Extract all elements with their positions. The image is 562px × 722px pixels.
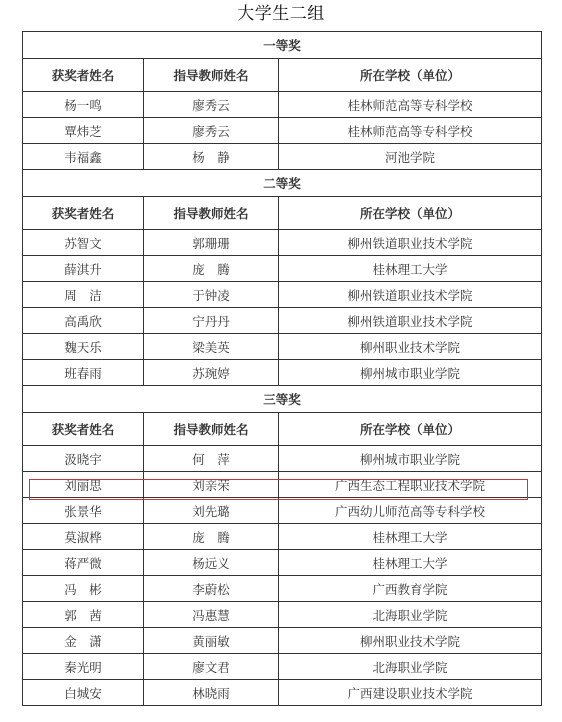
column-header-school: 所在学校（单位） xyxy=(279,197,542,230)
column-header-row: 获奖者姓名 指导教师姓名 所在学校（单位） xyxy=(23,197,542,230)
column-header-advisor: 指导教师姓名 xyxy=(144,413,279,446)
winner-name: 郭 茜 xyxy=(23,602,144,628)
advisor-name: 冯惠慧 xyxy=(144,602,279,628)
table-row: 苏智文 郭珊珊 柳州铁道职业技术学院 xyxy=(23,230,542,256)
winner-name: 高禹欣 xyxy=(23,308,144,334)
advisor-name: 黄丽敏 xyxy=(144,628,279,654)
advisor-name: 林晓雨 xyxy=(144,680,279,706)
column-header-advisor: 指导教师姓名 xyxy=(144,197,279,230)
winner-name: 蒋严微 xyxy=(23,550,144,576)
school-name: 广西幼儿师范高等专科学校 xyxy=(279,498,542,524)
school-name: 广西生态工程职业技术学院 xyxy=(279,472,542,498)
table-row: 覃炜芝 廖秀云 桂林师范高等专科学校 xyxy=(23,118,542,144)
advisor-name: 梁美英 xyxy=(144,334,279,360)
column-header-school: 所在学校（单位） xyxy=(279,59,542,92)
table-row: 汲晓宇 何 萍 柳州城市职业学院 xyxy=(23,446,542,472)
section-header-row: 一等奖 xyxy=(23,32,542,59)
school-name: 桂林理工大学 xyxy=(279,256,542,282)
table-row: 魏天乐 梁美英 柳州职业技术学院 xyxy=(23,334,542,360)
school-name: 桂林师范高等专科学校 xyxy=(279,118,542,144)
table-row: 杨一鸣 廖秀云 桂林师范高等专科学校 xyxy=(23,92,542,118)
winner-name: 薛淇升 xyxy=(23,256,144,282)
table-row: 韦福鑫 杨 静 河池学院 xyxy=(23,144,542,170)
winner-name: 韦福鑫 xyxy=(23,144,144,170)
table-row: 蒋严微 杨远义 桂林理工大学 xyxy=(23,550,542,576)
advisor-name: 杨远义 xyxy=(144,550,279,576)
table-row-highlighted: 刘丽思 刘亲荣 广西生态工程职业技术学院 xyxy=(23,472,542,498)
page-title: 大学生二组 xyxy=(0,2,562,26)
winner-name: 苏智文 xyxy=(23,230,144,256)
column-header-winner: 获奖者姓名 xyxy=(23,197,144,230)
advisor-name: 于钟凌 xyxy=(144,282,279,308)
column-header-advisor: 指导教师姓名 xyxy=(144,59,279,92)
winner-name: 班春雨 xyxy=(23,360,144,386)
winner-name: 秦光明 xyxy=(23,654,144,680)
table-row: 冯 彬 李蔚松 广西教育学院 xyxy=(23,576,542,602)
school-name: 北海职业学院 xyxy=(279,602,542,628)
winner-name: 覃炜芝 xyxy=(23,118,144,144)
table-row: 高禹欣 宁丹丹 柳州铁道职业技术学院 xyxy=(23,308,542,334)
advisor-name: 郭珊珊 xyxy=(144,230,279,256)
advisor-name: 杨 静 xyxy=(144,144,279,170)
winner-name: 汲晓宇 xyxy=(23,446,144,472)
section-header-row: 二等奖 xyxy=(23,170,542,197)
column-header-row: 获奖者姓名 指导教师姓名 所在学校（单位） xyxy=(23,413,542,446)
winner-name: 周 洁 xyxy=(23,282,144,308)
school-name: 柳州职业技术学院 xyxy=(279,628,542,654)
table-row: 莫淑桦 庞 腾 桂林理工大学 xyxy=(23,524,542,550)
section-title-third-prize: 三等奖 xyxy=(23,386,542,413)
advisor-name: 庞 腾 xyxy=(144,256,279,282)
table-row: 周 洁 于钟凌 柳州铁道职业技术学院 xyxy=(23,282,542,308)
column-header-winner: 获奖者姓名 xyxy=(23,59,144,92)
column-header-row: 获奖者姓名 指导教师姓名 所在学校（单位） xyxy=(23,59,542,92)
school-name: 柳州铁道职业技术学院 xyxy=(279,308,542,334)
school-name: 桂林理工大学 xyxy=(279,524,542,550)
section-title-second-prize: 二等奖 xyxy=(23,170,542,197)
advisor-name: 廖秀云 xyxy=(144,92,279,118)
school-name: 柳州城市职业学院 xyxy=(279,360,542,386)
winner-name: 金 潇 xyxy=(23,628,144,654)
winner-name: 莫淑桦 xyxy=(23,524,144,550)
table-row: 薛淇升 庞 腾 桂林理工大学 xyxy=(23,256,542,282)
school-name: 河池学院 xyxy=(279,144,542,170)
school-name: 柳州铁道职业技术学院 xyxy=(279,282,542,308)
advisor-name: 何 萍 xyxy=(144,446,279,472)
school-name: 广西教育学院 xyxy=(279,576,542,602)
advisor-name: 苏琬婷 xyxy=(144,360,279,386)
school-name: 柳州铁道职业技术学院 xyxy=(279,230,542,256)
table-row: 班春雨 苏琬婷 柳州城市职业学院 xyxy=(23,360,542,386)
winner-name: 刘丽思 xyxy=(23,472,144,498)
school-name: 桂林师范高等专科学校 xyxy=(279,92,542,118)
school-name: 广西建设职业技术学院 xyxy=(279,680,542,706)
advisor-name: 刘亲荣 xyxy=(144,472,279,498)
school-name: 北海职业学院 xyxy=(279,654,542,680)
advisor-name: 廖文君 xyxy=(144,654,279,680)
advisor-name: 李蔚松 xyxy=(144,576,279,602)
column-header-school: 所在学校（单位） xyxy=(279,413,542,446)
advisor-name: 庞 腾 xyxy=(144,524,279,550)
awards-table: 一等奖 获奖者姓名 指导教师姓名 所在学校（单位） 杨一鸣 廖秀云 桂林师范高等… xyxy=(22,31,542,706)
winner-name: 杨一鸣 xyxy=(23,92,144,118)
advisor-name: 宁丹丹 xyxy=(144,308,279,334)
column-header-winner: 获奖者姓名 xyxy=(23,413,144,446)
advisor-name: 刘先璐 xyxy=(144,498,279,524)
table-row: 金 潇 黄丽敏 柳州职业技术学院 xyxy=(23,628,542,654)
winner-name: 张景华 xyxy=(23,498,144,524)
advisor-name: 廖秀云 xyxy=(144,118,279,144)
winner-name: 魏天乐 xyxy=(23,334,144,360)
school-name: 桂林理工大学 xyxy=(279,550,542,576)
table-row: 秦光明 廖文君 北海职业学院 xyxy=(23,654,542,680)
table-row: 白城安 林晓雨 广西建设职业技术学院 xyxy=(23,680,542,706)
school-name: 柳州职业技术学院 xyxy=(279,334,542,360)
table-row: 郭 茜 冯惠慧 北海职业学院 xyxy=(23,602,542,628)
school-name: 柳州城市职业学院 xyxy=(279,446,542,472)
winner-name: 白城安 xyxy=(23,680,144,706)
table-row: 张景华 刘先璐 广西幼儿师范高等专科学校 xyxy=(23,498,542,524)
section-title-first-prize: 一等奖 xyxy=(23,32,542,59)
section-header-row: 三等奖 xyxy=(23,386,542,413)
winner-name: 冯 彬 xyxy=(23,576,144,602)
